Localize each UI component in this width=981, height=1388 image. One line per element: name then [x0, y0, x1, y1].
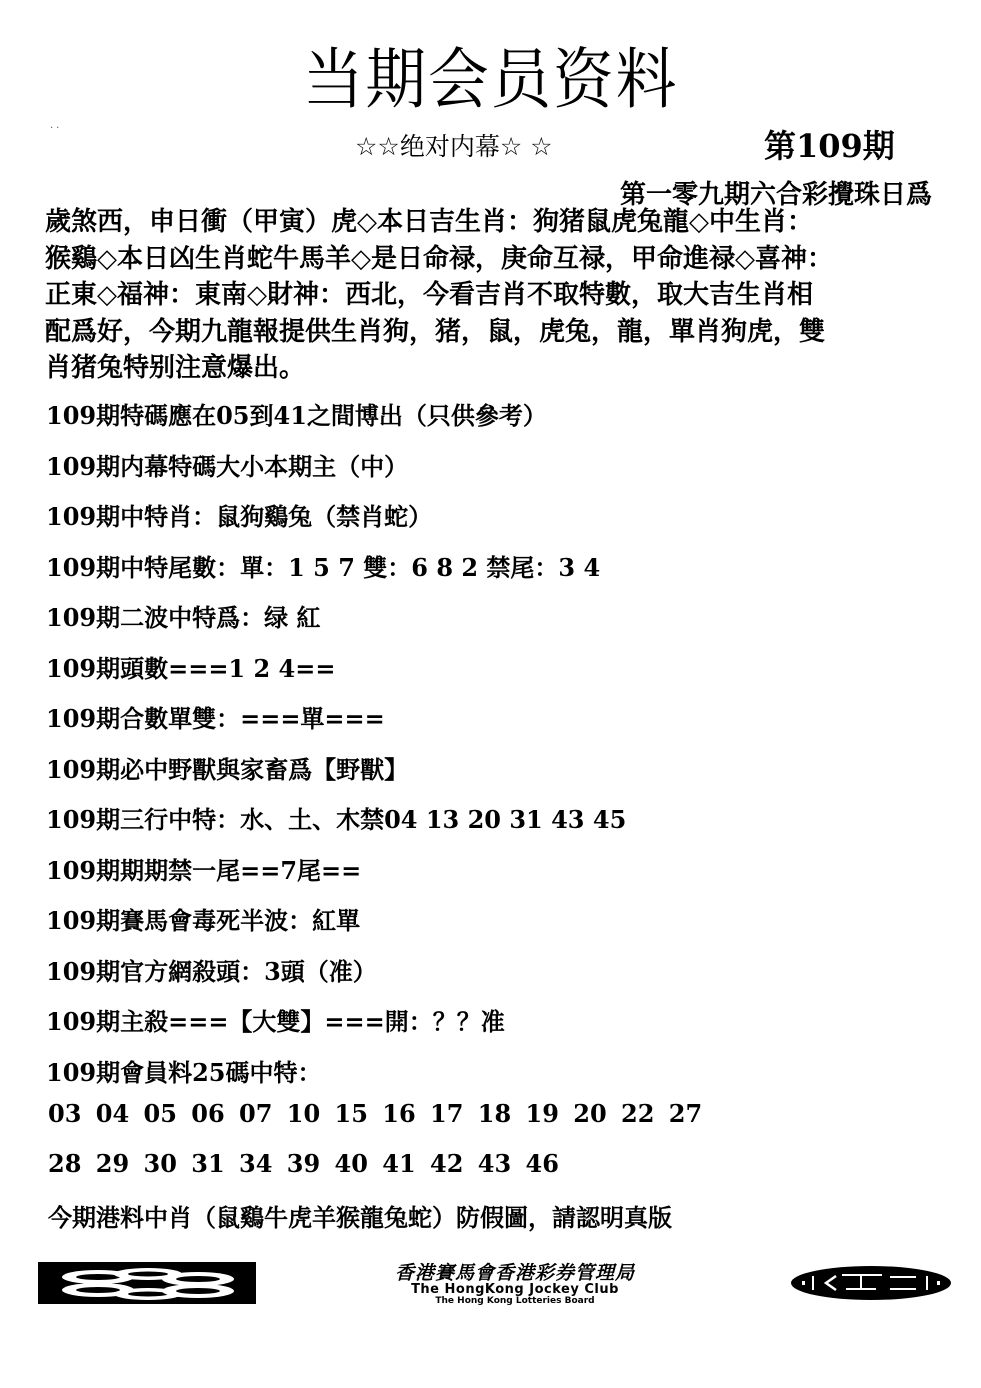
footer-note: 今期港料中肖（鼠鷄牛虎羊猴龍兔蛇）防假圖，請認明真版	[48, 1198, 672, 1233]
prediction-sum-odd-even: 109期合數單雙：===單===	[46, 704, 626, 755]
paragraph-line: 肖猪兔特别注意爆出。	[45, 350, 925, 387]
page-title: 当期会员资料	[39, 26, 942, 121]
tagline: ☆☆绝对内幕☆ ☆	[355, 127, 553, 163]
numbers-row-2: 28 29 30 31 34 39 40 41 42 43 46	[48, 1149, 702, 1199]
jockey-club-cn: 香港賽馬會香港彩券管理局	[290, 1263, 740, 1283]
prediction-three-elements: 109期三行中特：水、土、木禁04 13 20 31 43 45	[46, 805, 626, 856]
issue-number: 第109期	[764, 121, 895, 167]
paragraph-line: 歲煞西，申日衝（甲寅）虎◇本日吉生肖：狗猪鼠虎兔龍◇中生肖：	[45, 204, 925, 241]
prediction-zodiac: 109期中特肖：鼠狗鷄兔（禁肖蛇）	[46, 502, 626, 553]
lotteries-board-oval-icon	[790, 1264, 952, 1302]
numbers-row-1: 03 04 05 06 07 10 15 16 17 18 19 20 22 2…	[48, 1099, 702, 1149]
paragraph-line: 猴鷄◇本日凶生肖蛇牛馬羊◇是日命禄，庚命互禄，甲命進禄◇喜神：	[45, 241, 925, 278]
prediction-head-digits: 109期頭數===1 2 4==	[46, 654, 626, 705]
intro-paragraph: 歲煞西，申日衝（甲寅）虎◇本日吉生肖：狗猪鼠虎兔龍◇中生肖： 猴鷄◇本日凶生肖蛇…	[45, 204, 925, 387]
jockey-club-en: The HongKong Jockey Club	[290, 1283, 740, 1296]
prediction-half-wave: 109期賽馬會毒死半波：紅單	[46, 906, 626, 957]
prediction-main-kill: 109期主殺===【大雙】===開：？？准	[46, 1007, 626, 1058]
decor-dots: ..	[50, 120, 62, 131]
paragraph-line: 正東◇福神：東南◇財神：西北，今看吉肖不取特數，取大吉生肖相	[45, 277, 925, 314]
prediction-tail-digits: 109期中特尾數：單：1 5 7 雙：6 8 2 禁尾：3 4	[46, 553, 626, 604]
prediction-list: 109期特碼應在05到41之間博出（只供參考） 109期内幕特碼大小本期主（中）…	[46, 401, 626, 1108]
member-numbers: 03 04 05 06 07 10 15 16 17 18 19 20 22 2…	[48, 1099, 702, 1199]
prediction-size: 109期内幕特碼大小本期主（中）	[46, 452, 626, 503]
lotteries-board-en: The Hong Kong Lotteries Board	[290, 1296, 740, 1306]
jockey-club-wordmark: 香港賽馬會香港彩券管理局 The HongKong Jockey Club Th…	[290, 1263, 740, 1306]
prediction-kill-head: 109期官方網殺頭：3頭（准）	[46, 957, 626, 1008]
prediction-special-range: 109期特碼應在05到41之間博出（只供參考）	[46, 401, 626, 452]
prediction-banned-tail: 109期期期禁一尾==7尾==	[46, 856, 626, 907]
paragraph-line: 配爲好，今期九龍報提供生肖狗，猪，鼠，虎兔，龍，單肖狗虎，雙	[45, 314, 925, 351]
prediction-wild-domestic: 109期必中野獸與家畜爲【野獸】	[46, 755, 626, 806]
hkjc-emblem-icon	[38, 1262, 256, 1304]
prediction-color-wave: 109期二波中特爲：绿 紅	[46, 603, 626, 654]
